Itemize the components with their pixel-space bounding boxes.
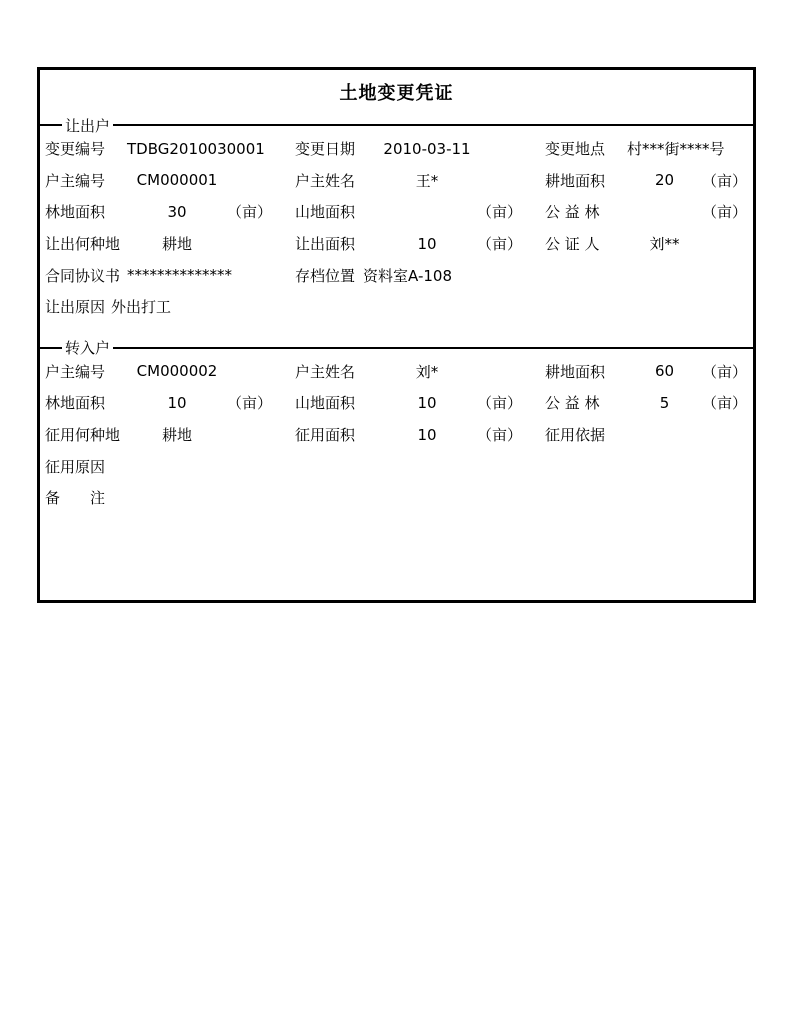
out-notary-value: 刘**: [627, 233, 702, 254]
out-notary-label: 公 证 人: [545, 233, 627, 254]
out-cultivated-area-unit: （亩）: [702, 170, 753, 191]
in-cultivated-area-label: 耕地面积: [545, 361, 627, 382]
in-householder-name-label: 户主姓名: [295, 361, 377, 382]
out-archive-location-value: 资料室A-108: [363, 265, 452, 286]
out-householder-id-label: 户主编号: [45, 170, 127, 191]
out-change-location-value: 村***街****号: [627, 138, 702, 159]
out-transfer-reason-label: 让出原因: [45, 296, 105, 317]
in-forest-area-unit: （亩）: [227, 392, 295, 413]
legend-rule-left: [40, 124, 62, 126]
out-land-type-label: 让出何种地: [45, 233, 127, 254]
out-contract-agreement-label: 合同协议书: [45, 265, 127, 286]
out-forest-area-label: 林地面积: [45, 201, 127, 222]
row-area-info: 林地面积 30 （亩） 山地面积 （亩） 公 益 林 （亩）: [40, 196, 753, 228]
legend-rule-right: [113, 124, 753, 126]
out-archive-location-label: 存档位置: [295, 265, 355, 286]
out-transferred-area-value: 10: [377, 235, 477, 253]
row-change-info: 变更编号 TDBG2010030001 变更日期 2010-03-11 变更地点…: [40, 133, 753, 165]
legend-rule-right: [113, 347, 753, 349]
row-remarks: 备 注: [40, 482, 753, 514]
out-transferred-area-label: 让出面积: [295, 233, 377, 254]
in-householder-name-value: 刘*: [377, 361, 477, 382]
in-householder-id-value: CM000002: [127, 362, 227, 380]
out-hill-area-label: 山地面积: [295, 201, 377, 222]
out-public-welfare-forest-label: 公 益 林: [545, 201, 627, 222]
out-hill-area-unit: （亩）: [477, 201, 545, 222]
section-transfer-in-legend-label: 转入户: [62, 337, 113, 358]
row-requisition-reason: 征用原因: [40, 450, 753, 482]
section-transfer-in: 转入户 户主编号 CM000002 户主姓名 刘* 耕地面积 60 （亩） 林地…: [40, 340, 753, 514]
row-transfer-info: 让出何种地 耕地 让出面积 10 （亩） 公 证 人 刘**: [40, 228, 753, 260]
row-requisition-info: 征用何种地 耕地 征用面积 10 （亩） 征用依据: [40, 419, 753, 451]
row-householder-info: 户主编号 CM000001 户主姓名 王* 耕地面积 20 （亩）: [40, 165, 753, 197]
in-cultivated-area-value: 60: [627, 362, 702, 380]
in-requisition-area-label: 征用面积: [295, 424, 377, 445]
out-change-number-value: TDBG2010030001: [127, 140, 227, 158]
out-forest-area-unit: （亩）: [227, 201, 295, 222]
in-land-type-label: 征用何种地: [45, 424, 127, 445]
in-public-welfare-forest-value: 5: [627, 394, 702, 412]
out-forest-area-value: 30: [127, 203, 227, 221]
out-change-date-label: 变更日期: [295, 138, 377, 159]
row-area-info: 林地面积 10 （亩） 山地面积 10 （亩） 公 益 林 5 （亩）: [40, 387, 753, 419]
row-contract-info: 合同协议书 ************** 存档位置 资料室A-108: [40, 259, 753, 291]
out-change-number-label: 变更编号: [45, 138, 127, 159]
in-hill-area-value: 10: [377, 394, 477, 412]
out-householder-name-value: 王*: [377, 170, 477, 191]
in-cultivated-area-unit: （亩）: [702, 361, 753, 382]
in-public-welfare-forest-label: 公 益 林: [545, 392, 627, 413]
in-householder-id-label: 户主编号: [45, 361, 127, 382]
out-householder-name-label: 户主姓名: [295, 170, 377, 191]
out-transfer-reason-value: 外出打工: [111, 296, 171, 317]
out-land-type-value: 耕地: [127, 233, 227, 254]
in-requisition-area-unit: （亩）: [477, 424, 545, 445]
out-public-welfare-forest-unit: （亩）: [702, 201, 753, 222]
in-requisition-area-value: 10: [377, 426, 477, 444]
row-transfer-reason: 让出原因 外出打工: [40, 291, 753, 323]
out-householder-id-value: CM000001: [127, 171, 227, 189]
row-householder-info: 户主编号 CM000002 户主姓名 刘* 耕地面积 60 （亩）: [40, 356, 753, 388]
out-cultivated-area-value: 20: [627, 171, 702, 189]
out-transferred-area-unit: （亩）: [477, 233, 545, 254]
section-transfer-out-legend: 让出户: [40, 117, 753, 133]
in-hill-area-unit: （亩）: [477, 392, 545, 413]
out-change-location-label: 变更地点: [545, 138, 627, 159]
legend-rule-left: [40, 347, 62, 349]
section-transfer-in-legend: 转入户: [40, 340, 753, 356]
in-requisition-reason-label: 征用原因: [45, 456, 105, 477]
in-requisition-basis-label: 征用依据: [545, 424, 627, 445]
in-forest-area-label: 林地面积: [45, 392, 127, 413]
in-forest-area-value: 10: [127, 394, 227, 412]
in-land-type-value: 耕地: [127, 424, 227, 445]
form-title: 土地变更凭证: [40, 79, 753, 100]
in-remarks-label: 备 注: [45, 487, 105, 508]
section-transfer-out: 让出户 变更编号 TDBG2010030001 变更日期 2010-03-11 …: [40, 117, 753, 323]
out-contract-agreement-value: **************: [127, 266, 295, 284]
out-cultivated-area-label: 耕地面积: [545, 170, 627, 191]
in-hill-area-label: 山地面积: [295, 392, 377, 413]
land-change-form: 土地变更凭证 让出户 变更编号 TDBG2010030001 变更日期 2010…: [37, 67, 756, 603]
in-public-welfare-forest-unit: （亩）: [702, 392, 753, 413]
section-transfer-out-legend-label: 让出户: [62, 115, 113, 136]
out-change-date-value: 2010-03-11: [377, 140, 477, 158]
